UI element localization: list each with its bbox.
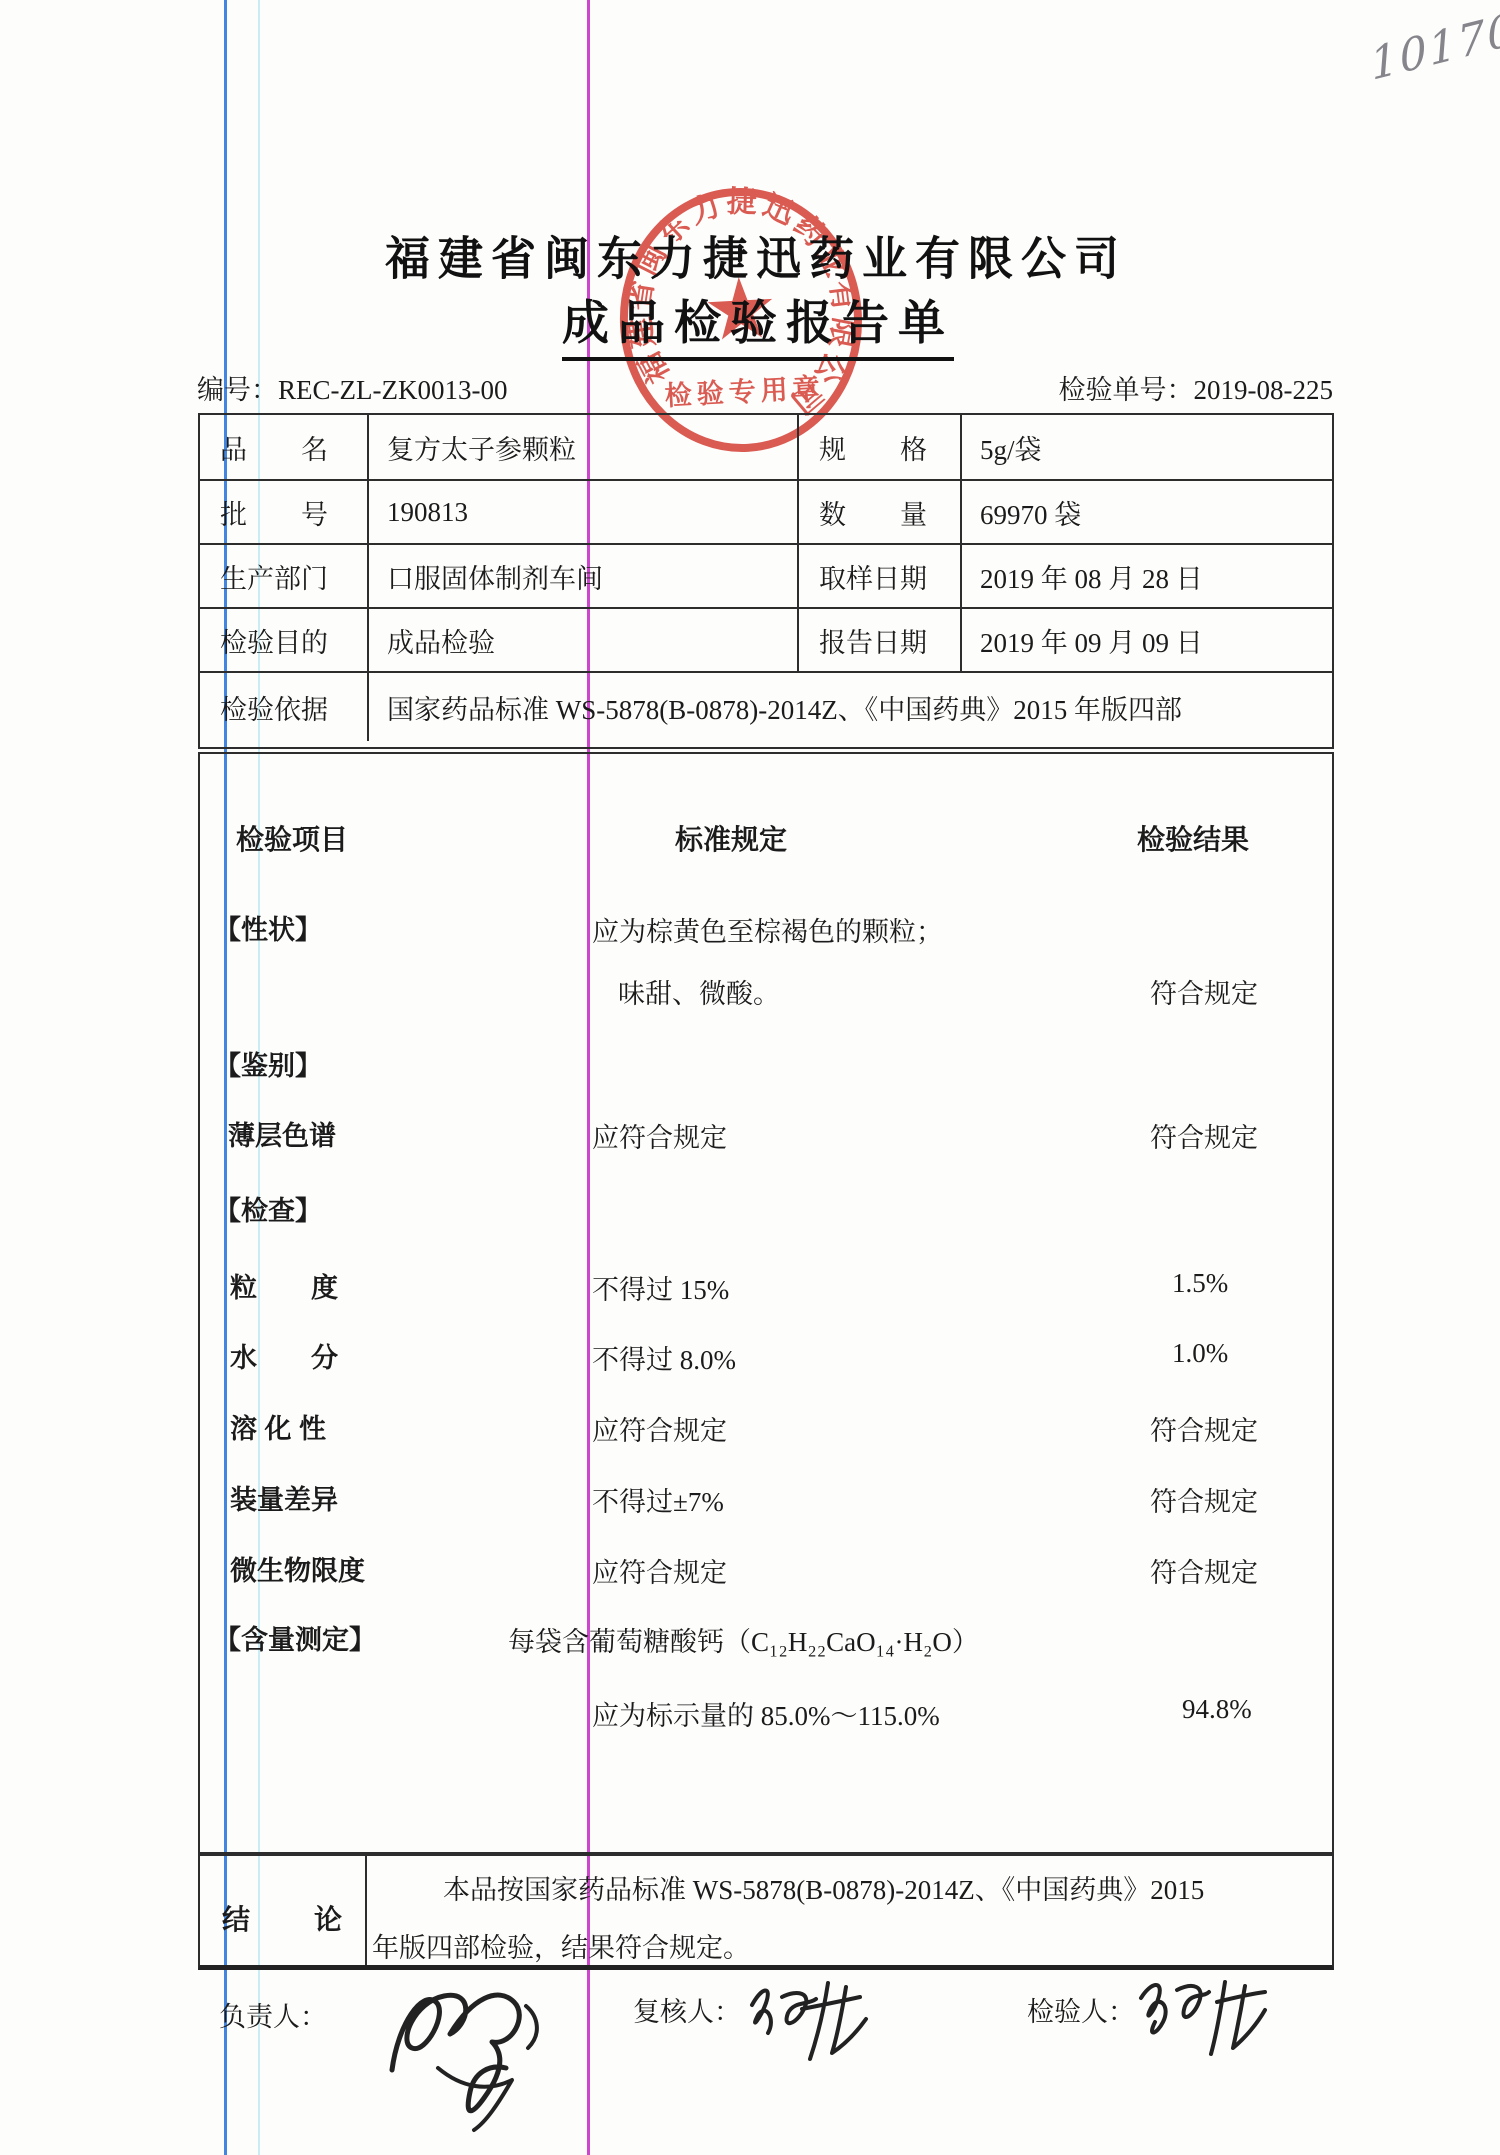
label-product-name: 品 名 xyxy=(200,415,367,479)
inspector-label: 检验人： xyxy=(1027,1990,1135,2029)
report-no-value: 2019-08-225 xyxy=(1194,375,1333,405)
value-inspection-basis: 国家药品标准 WS-5878(B-0878)-2014Z、《中国药典》2015 … xyxy=(367,671,1332,741)
label-inspection-purpose: 检验目的 xyxy=(200,607,367,671)
value-quantity: 69970 袋 xyxy=(960,479,1332,543)
label-batch-no: 批 号 xyxy=(200,479,367,543)
scanned-report-page: 101707 福建省闽东力捷迅药业有限公司 检验专用章 福建省闽东力捷迅药业有限… xyxy=(0,0,1500,2155)
label-spec: 规 格 xyxy=(797,415,960,479)
value-batch-no: 190813 xyxy=(367,479,797,543)
value-sampling-date: 2019 年 08 月 28 日 xyxy=(960,543,1332,607)
label-inspection-basis: 检验依据 xyxy=(200,671,367,741)
reviewer-label: 复核人： xyxy=(633,1990,741,2029)
handwritten-pencil-note: 101707 xyxy=(1368,0,1500,91)
value-spec: 5g/袋 xyxy=(960,415,1332,479)
conclusion-line1: 本品按国家药品标准 WS-5878(B-0878)-2014Z、《中国药典》20… xyxy=(443,1868,1204,1907)
value-product-name: 复方太子参颗粒 xyxy=(367,415,797,479)
value-inspection-purpose: 成品检验 xyxy=(367,607,797,671)
inspection-items-box xyxy=(198,752,1334,1856)
label-production-dept: 生产部门 xyxy=(200,543,367,607)
doc-no-label: 编号： xyxy=(197,375,278,405)
report-title: 成品检验报告单 xyxy=(562,286,954,361)
report-no: 检验单号：2019-08-225 xyxy=(1059,368,1333,407)
conclusion-label: 结 论 xyxy=(222,1898,360,1938)
reviewer-signature xyxy=(742,1975,892,2075)
responsible-person-signature xyxy=(378,1972,588,2137)
label-quantity: 数 量 xyxy=(797,479,960,543)
responsible-person-label: 负责人： xyxy=(219,1995,327,2034)
company-name-title: 福建省闽东力捷迅药业有限公司 xyxy=(385,221,1127,287)
doc-no: 编号：REC-ZL-ZK0013-00 xyxy=(197,368,507,407)
label-sampling-date: 取样日期 xyxy=(797,543,960,607)
report-no-label: 检验单号： xyxy=(1059,375,1194,405)
value-production-dept: 口服固体制剂车间 xyxy=(367,543,797,607)
doc-no-value: REC-ZL-ZK0013-00 xyxy=(278,375,507,405)
conclusion-divider xyxy=(365,1854,367,1965)
conclusion-line2: 年版四部检验，结果符合规定。 xyxy=(372,1926,750,1965)
product-info-table: 品 名 复方太子参颗粒 规 格 5g/袋 批 号 190813 数 量 6997… xyxy=(198,413,1334,749)
label-report-date: 报告日期 xyxy=(797,607,960,671)
inspector-signature xyxy=(1133,1972,1283,2067)
value-report-date: 2019 年 09 月 09 日 xyxy=(960,607,1332,671)
